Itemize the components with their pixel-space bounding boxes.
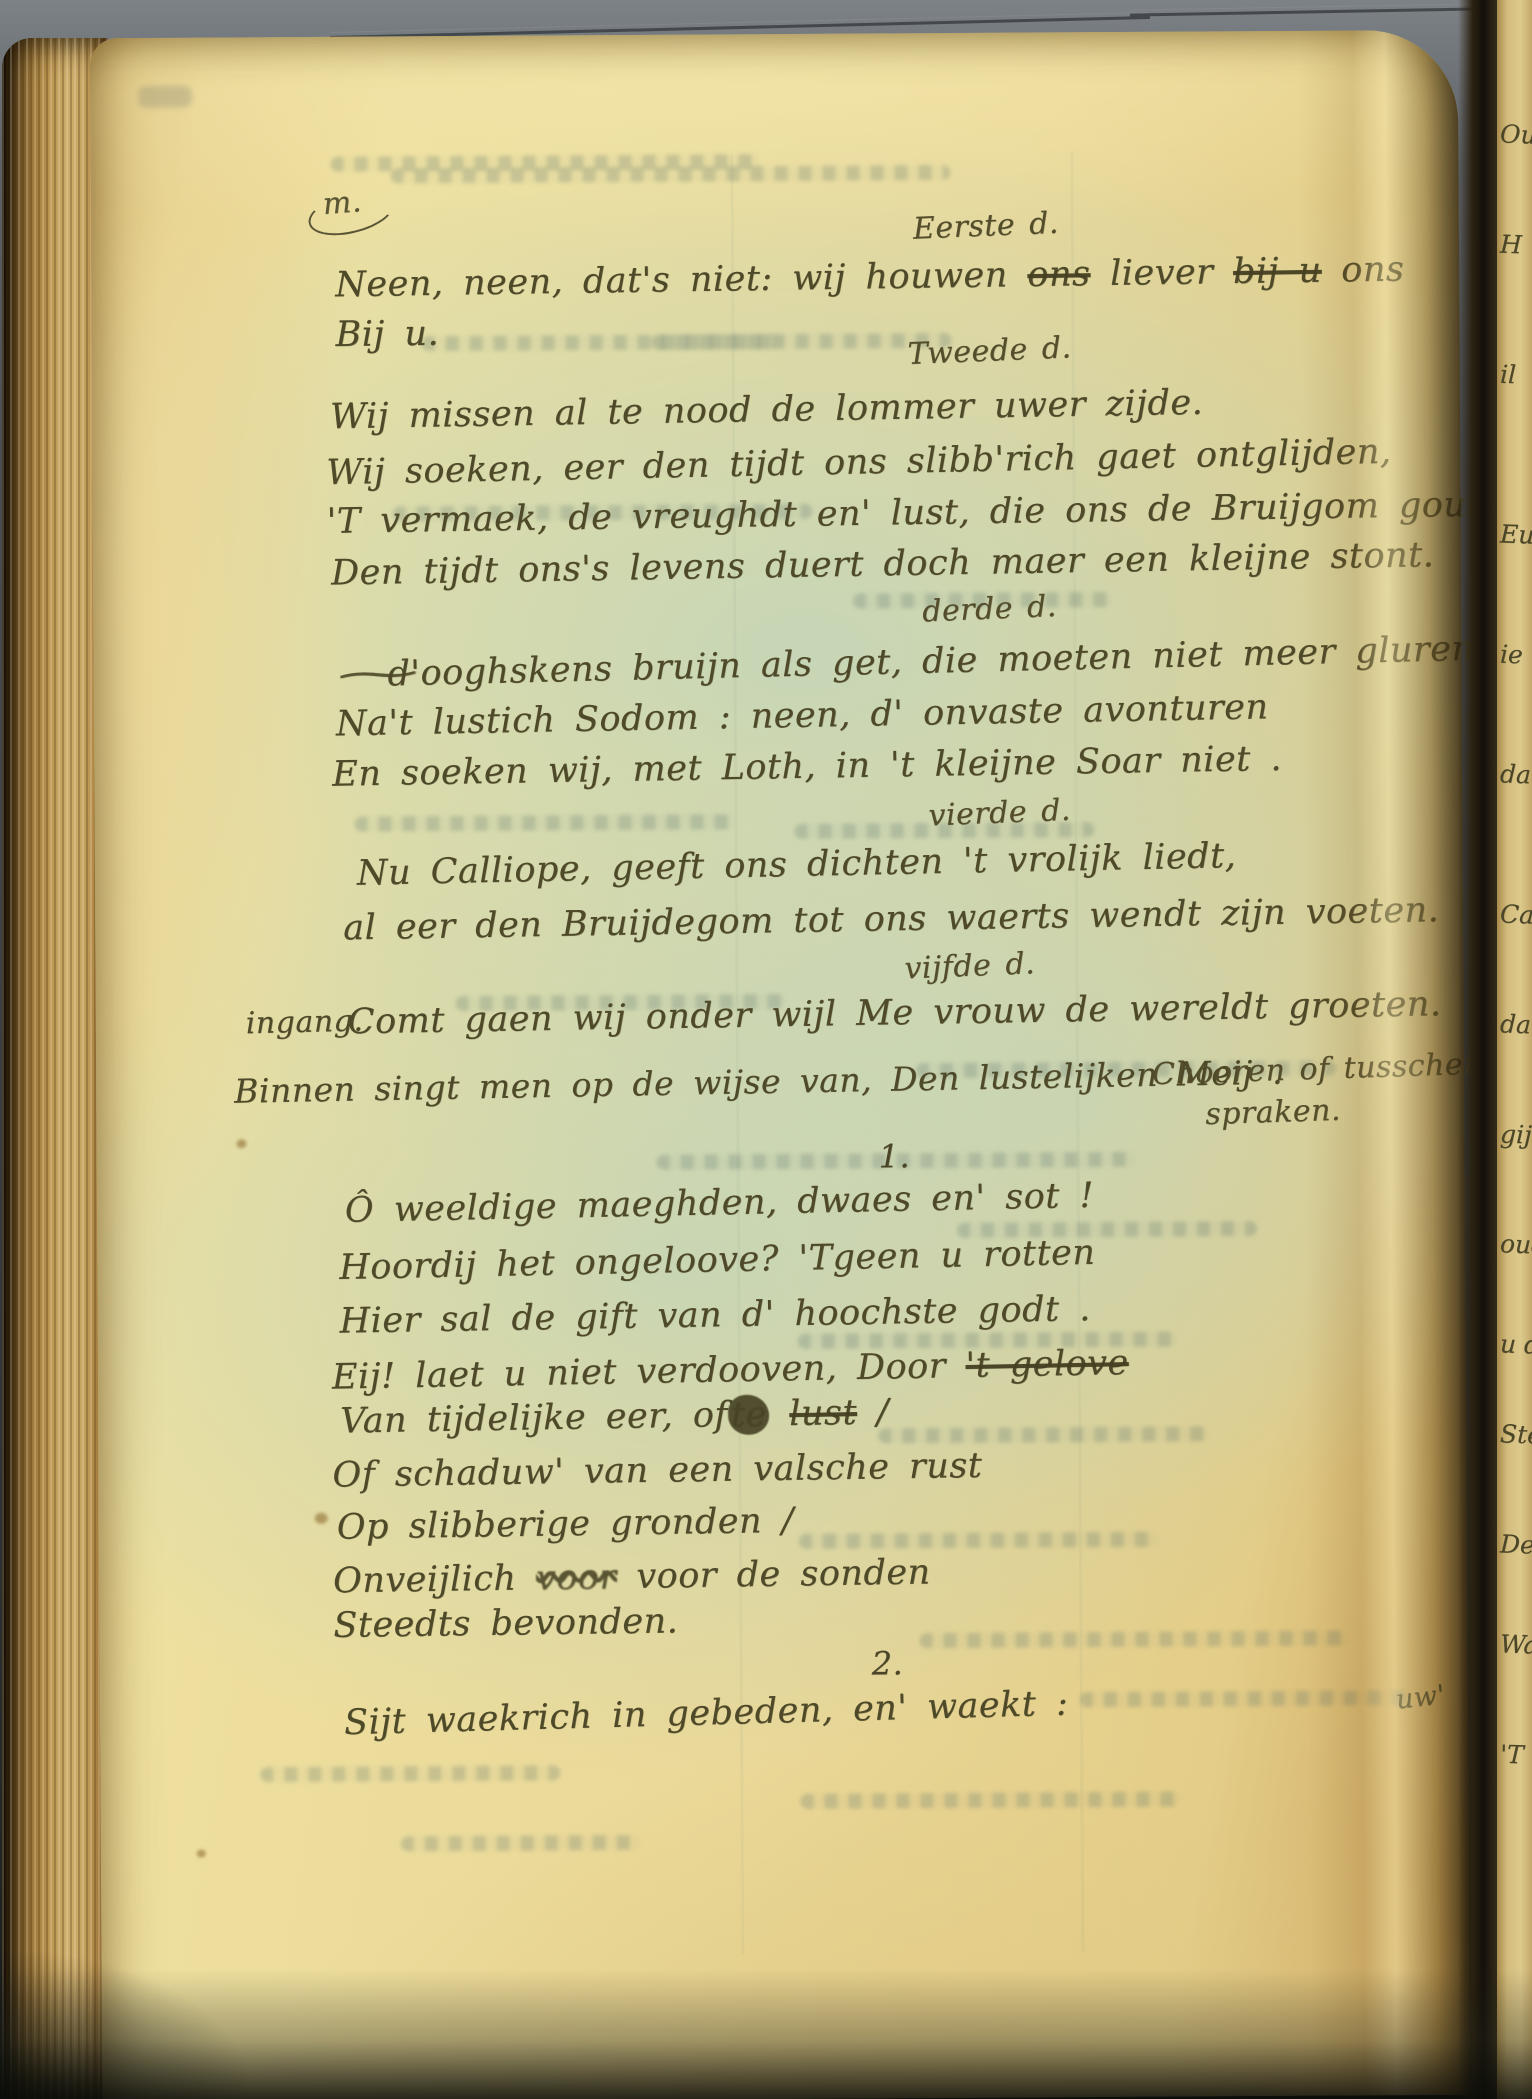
text-segment: Sijt waekrich in gebeden, en' waekt : [344,1684,1069,1744]
next-page-text-fragment: il [1499,360,1516,390]
text-segment: 2. [872,1644,904,1682]
ink-show-through [401,1835,641,1851]
next-page-text-fragment: 'T [1500,1740,1525,1770]
verse-line: Eij! laet u niet verdooven, Door 't gelo… [332,1343,1129,1398]
gutter-shadow [1458,0,1500,2099]
verse-line: Bij u. [335,314,439,355]
text-segment: En soeken wij, met Loth, in 't kleijne S… [332,739,1282,795]
verse-line: Binnen singt men op de wijse van, Den lu… [234,1053,1283,1111]
next-page-text-fragment: Ou [1500,119,1532,149]
text-segment: voor de sonden [616,1552,930,1597]
text-segment: ~ [327,653,429,695]
next-page-text-fragment: H [1500,230,1523,260]
text-segment: liever [1090,252,1233,294]
ink-show-through [919,1631,1349,1649]
struck-text: lust [789,1393,857,1434]
verse-line: Den tijdt ons's levens duert doch maer e… [331,535,1435,593]
verse-line: Nu Calliope, geeft ons dichten 't vrolij… [356,836,1236,894]
next-page-text-fragment: De [1500,1529,1532,1559]
next-page-text-fragment: dat [1500,1009,1532,1039]
scribbled-correction: voor [536,1557,617,1598]
ink-show-through [878,1426,1208,1443]
page-curl-shadow [1298,30,1471,2096]
text-segment: 1. [878,1137,910,1175]
ink-show-through [260,1765,560,1782]
ink-stain [315,1513,328,1524]
next-page-text-fragment: u d [1500,1329,1532,1359]
next-page-text-fragment: Wa [1500,1629,1532,1659]
ink-stain [236,1139,246,1148]
text-segment: Steedts bevonden. [333,1601,678,1646]
next-page-text-fragment: dat [1500,759,1532,789]
text-segment: derde d. [922,589,1058,629]
verse-line: Sijt waekrich in gebeden, en' waekt : [344,1684,1069,1744]
text-segment: Eij! laet u niet verdooven, Door [332,1346,966,1398]
text-segment: Tweede d. [907,330,1072,372]
verse-line: Of schaduw' van een valsche rust [332,1446,982,1496]
text-segment: ingang. [245,1004,363,1042]
text-segment: al eer den Bruijdegom tot ons waerts wen… [343,890,1440,948]
faint-page-number-smudge [138,86,192,108]
verse-line: Van tijdelijke eer, ofte lust / [340,1392,889,1441]
bottom-vignette [0,1969,1532,2099]
next-page-edge: OuHilEuiedatCadatgijoudu dSteDeWa'T [1497,0,1532,2099]
text-segment: Op slibberige gronden / [337,1501,795,1548]
next-page-text-fragment: Eu [1500,519,1532,549]
text-segment: Comt gaen wij onder wijl Me vrouw de wer… [347,984,1441,1042]
stanza-number: 1. [878,1137,910,1175]
verse-line: Neen, neen, dat's niet: wij houwen ons l… [335,250,1405,306]
manuscript-photo: m.Eerste d.Neen, neen, dat's niet: wij h… [0,0,1532,2099]
verse-line: Hoordij het ongeloove? 'Tgeen u rotten [339,1233,1096,1288]
margin-note-ingang: ingang. [245,1004,363,1042]
text-segment: Van tijdelijke eer, of [340,1395,728,1441]
text-segment: m. [321,184,363,222]
next-page-text-fragment: oud [1500,1229,1532,1260]
text-segment: vijfde d. [904,946,1036,986]
next-page-text-fragment: gij [1500,1119,1532,1149]
text-segment: Of schaduw' van een valsche rust [332,1446,982,1496]
text-segment: vierde d. [928,793,1072,834]
struck-text: ons [1027,254,1091,295]
section-heading: Eerste d. [912,206,1059,247]
ink-show-through [391,165,951,183]
text-segment: Binnen singt men op de wijse van, Den lu… [234,1053,1283,1111]
text-segment: Nu Calliope, geeft ons dichten 't vrolij… [356,836,1236,894]
text-segment: Eerste d. [912,206,1059,247]
margin-mark: m. [321,184,363,222]
text-segment: Hoordij het ongeloove? 'Tgeen u rotten [339,1233,1096,1288]
verse-line: En soeken wij, met Loth, in 't kleijne S… [332,739,1282,795]
ink-show-through [354,814,734,831]
ink-blot-correction: te [727,1394,769,1435]
text-segment: Wij soeken, eer den tijdt ons slibb'rich… [326,432,1392,493]
show-through-layer [90,30,1458,38]
text-segment: Bij u. [335,314,439,355]
ink-show-through [799,1532,1159,1549]
section-heading: vierde d. [928,793,1072,834]
verse-line: Onveijlich voor voor de sonden [333,1552,931,1601]
section-heading: Tweede d. [907,330,1072,372]
section-heading: vijfde d. [904,946,1036,986]
manuscript-page: m.Eerste d.Neen, neen, dat's niet: wij h… [90,30,1471,2099]
handwritten-text-layer: m.Eerste d.Neen, neen, dat's niet: wij h… [90,30,1458,38]
next-page-text-fragment: Ste [1500,1419,1532,1449]
next-page-text-fragment: Ca [1500,899,1532,929]
verse-line: Na't lustich Sodom : neen, d' onvaste av… [336,687,1269,744]
section-heading: derde d. [922,589,1058,629]
next-page-text-fragment: ie [1500,640,1524,670]
text-segment: Den tijdt ons's levens duert doch maer e… [331,535,1435,593]
text-segment [769,1394,789,1434]
stanza-number: 2. [872,1644,904,1682]
verse-line: Op slibberige gronden / [337,1501,795,1548]
ink-show-through [800,1792,1180,1809]
verse-line: Steedts bevonden. [333,1601,678,1646]
verse-line: al eer den Bruijdegom tot ons waerts wen… [343,890,1440,948]
verse-line: Comt gaen wij onder wijl Me vrouw de wer… [347,984,1441,1042]
text-segment: Neen, neen, dat's niet: wij houwen [335,255,1028,305]
struck-text: 't gelove [965,1343,1129,1386]
text-segment: Onveijlich [333,1558,537,1601]
text-segment: Na't lustich Sodom : neen, d' onvaste av… [336,687,1269,744]
text-segment: / [857,1392,890,1433]
verse-line: Wij soeken, eer den tijdt ons slibb'rich… [326,432,1392,493]
